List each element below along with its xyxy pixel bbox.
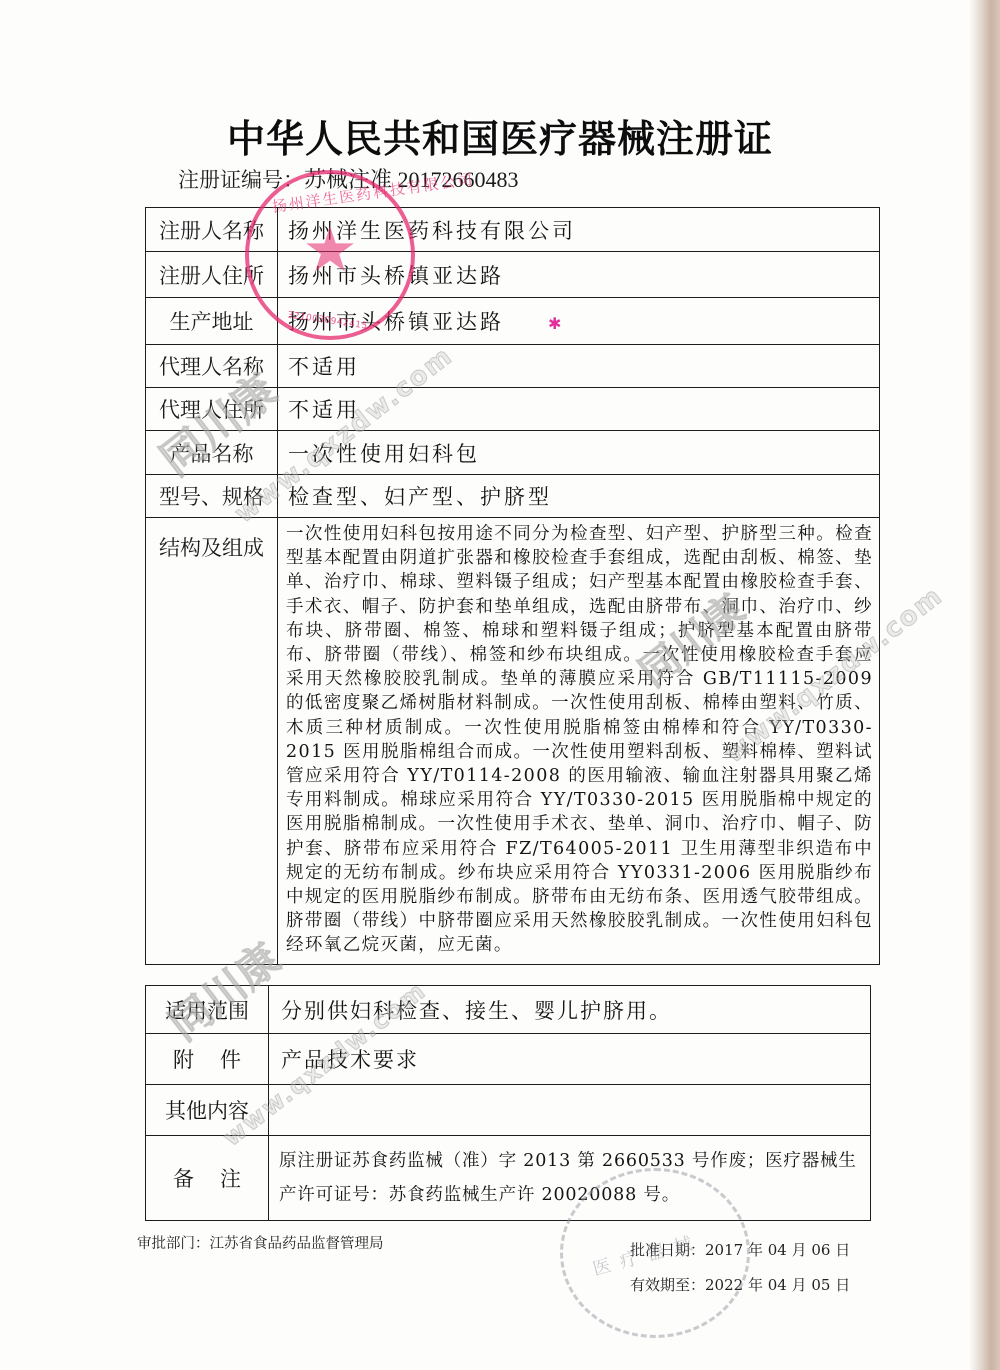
row-scope: 适用范围 分别供妇科检查、接生、婴儿护脐用。 [146, 986, 871, 1034]
label-remarks-text: 备注 [147, 1167, 267, 1191]
document-title: 中华人民共和国医疗器械注册证 [0, 108, 1000, 163]
approval-department: 审批部门：江苏省食品药品监督管理局 [137, 1232, 384, 1253]
red-ink-mark-icon: ✱ [548, 314, 561, 333]
registration-table-lower: 适用范围 分别供妇科检查、接生、婴儿护脐用。 附件 产品技术要求 其他内容 备注… [145, 985, 871, 1221]
row-structure: 结构及组成 一次性使用妇科包按用途不同分为检查型、妇产型、护脐型三种。检查型基本… [146, 518, 880, 965]
row-registrant-name: 注册人名称 扬州洋生医药科技有限公司 [146, 208, 880, 252]
value-product-name: 一次性使用妇科包 [278, 431, 880, 475]
scan-edge-shadow [970, 0, 1000, 1370]
value-attachment: 产品技术要求 [269, 1034, 871, 1085]
row-production-address: 生产地址 扬州市头桥镇亚达路 [146, 298, 880, 345]
label-attachment-text: 附件 [147, 1048, 267, 1072]
cert-number-label: 注册证编号： [178, 168, 304, 192]
label-attachment: 附件 [146, 1034, 269, 1085]
row-agent-name: 代理人名称 不适用 [146, 345, 880, 388]
label-agent-name: 代理人名称 [146, 345, 278, 388]
row-model-spec: 型号、规格 检查型、妇产型、护脐型 [146, 475, 880, 518]
label-model-spec: 型号、规格 [146, 475, 278, 518]
row-registrant-address: 注册人住所 扬州市头桥镇亚达路 [146, 252, 880, 298]
value-remarks: 原注册证苏食药监械（准）字 2013 第 2660533 号作废；医疗器械生产许… [269, 1136, 871, 1221]
label-agent-address: 代理人住所 [146, 388, 278, 431]
value-agent-address: 不适用 [278, 388, 880, 431]
valid-until-date: 有效期至：2022 年 04 月 05 日 [630, 1274, 850, 1295]
value-model-spec: 检查型、妇产型、护脐型 [278, 475, 880, 518]
label-scope: 适用范围 [146, 986, 269, 1034]
row-remarks: 备注 原注册证苏食药监械（准）字 2013 第 2660533 号作废；医疗器械… [146, 1136, 871, 1221]
row-other: 其他内容 [146, 1085, 871, 1136]
label-other: 其他内容 [146, 1085, 269, 1136]
label-production-address: 生产地址 [146, 298, 278, 345]
label-registrant-address: 注册人住所 [146, 252, 278, 298]
value-scope: 分别供妇科检查、接生、婴儿护脐用。 [269, 986, 871, 1034]
value-registrant-address: 扬州市头桥镇亚达路 [278, 252, 880, 298]
label-registrant-name: 注册人名称 [146, 208, 278, 252]
value-agent-name: 不适用 [278, 345, 880, 388]
value-other [269, 1085, 871, 1136]
value-structure: 一次性使用妇科包按用途不同分为检查型、妇产型、护脐型三种。检查型基本配置由阴道扩… [278, 518, 880, 965]
value-registrant-name: 扬州洋生医药科技有限公司 [278, 208, 880, 252]
cert-number-value: 苏械注准 20172660483 [304, 167, 519, 192]
label-product-name: 产品名称 [146, 431, 278, 475]
row-attachment: 附件 产品技术要求 [146, 1034, 871, 1085]
row-product-name: 产品名称 一次性使用妇科包 [146, 431, 880, 475]
registration-table-upper: 注册人名称 扬州洋生医药科技有限公司 注册人住所 扬州市头桥镇亚达路 生产地址 … [145, 207, 880, 965]
label-remarks: 备注 [146, 1136, 269, 1221]
value-production-address: 扬州市头桥镇亚达路 [278, 298, 880, 345]
approval-date: 批准日期：2017 年 04 月 06 日 [630, 1239, 850, 1260]
row-agent-address: 代理人住所 不适用 [146, 388, 880, 431]
cert-number: 注册证编号：苏械注准 20172660483 [178, 163, 519, 194]
label-structure: 结构及组成 [146, 518, 278, 965]
